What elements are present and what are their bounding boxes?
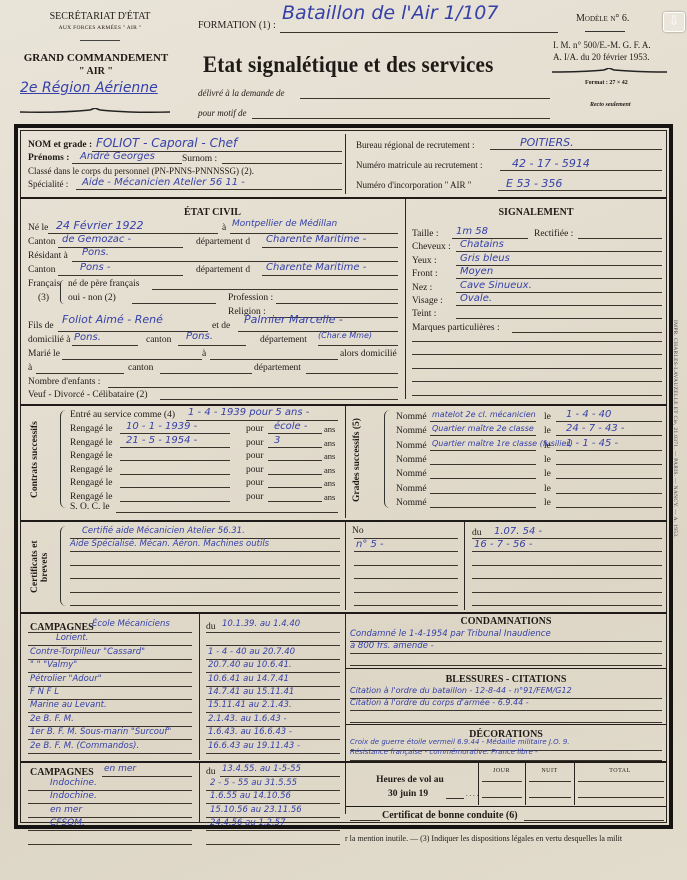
signalement-value: Ovale. [460,293,492,304]
canton2-label: Canton [28,265,55,275]
certificat-field[interactable] [70,551,340,552]
signalement-label: Yeux : [412,256,437,266]
specialite-label: Spécialité : [28,179,68,189]
dept4-label: département [254,363,301,373]
certificat-field[interactable] [70,578,340,579]
nom-value: FOLIOT - Caporal - Chef [96,136,237,150]
section-divider [20,197,667,199]
flourish-ornament [552,68,667,73]
etat-civil-title: ÉTAT CIVIL [20,207,405,218]
domicilie-value: Pons. [74,332,101,343]
signalement-value: Moyen [460,266,493,277]
ne-le-value: 24 Février 1922 [56,219,143,232]
rengage-label: Rengagé le [70,451,112,461]
campagne-period-value: 13.4.55. au 1-5-55 [222,764,301,774]
grade-date-field[interactable] [556,435,662,436]
delivered-field[interactable] [300,98,550,99]
section-divider [20,404,667,406]
campagne-period-field[interactable] [206,844,340,845]
nomme-label: Nommé [396,441,427,451]
ne-le-label: Né le [28,223,48,233]
bureau-value: POITIERS. [520,136,574,149]
incorporation-value: E 53 - 356 [506,177,562,190]
certificat-conduite-label: Certificat de bonne conduite (6) [382,810,518,821]
residant-value: Pons. [82,247,109,258]
rengage-date-field[interactable] [120,447,230,448]
dept-field[interactable] [262,247,398,248]
certificat-field[interactable] [70,592,340,593]
campagne-period-field[interactable] [206,753,340,754]
signalement-value: Chatains [460,239,504,250]
pour-label: pour [246,438,263,448]
canton2-field[interactable] [58,275,183,276]
certificat-du-field[interactable] [472,551,662,552]
campagne-place-field[interactable] [28,753,192,754]
pour-value: 3 [274,435,280,446]
campagne-period-value: 1.6.43. au 16.6.43 - [208,727,292,737]
certificat-no-field[interactable] [354,592,458,593]
text-line-field[interactable] [350,722,662,723]
flourish-ornament [20,108,170,114]
nomme-label: Nommé [396,498,427,508]
divider [345,134,346,194]
prenoms-field[interactable] [72,163,182,164]
grade-date-field[interactable] [556,421,662,422]
campagne-place-value: Marine au Levant. [30,700,107,710]
dept2-field[interactable] [262,275,398,276]
marques-line[interactable] [412,354,662,355]
ans-label: ans [324,438,335,448]
signalement-value: Cave Sinueux. [460,280,532,291]
section-divider [20,612,667,614]
campagne-period-value: 15.10.56 au 23.11.56 [210,805,302,815]
surnom-label: Surnom : [182,154,217,164]
campagne-place-value: Indochine. [50,778,97,788]
le-label: le [544,441,551,451]
signalement-label: Cheveux : [412,242,451,252]
nomme-label: Nommé [396,469,427,479]
conduite-pre-field[interactable] [350,820,380,821]
command-line1: GRAND COMMANDEMENT [16,52,176,64]
matricule-label: Numéro matricule au recrutement : [356,160,482,170]
brace [384,410,390,508]
signalement-label: Front : [412,269,438,279]
model-number: Modèle n° 6. [576,13,629,24]
col-total: TOTAL [574,768,666,774]
jour-field-2[interactable] [482,797,522,798]
marie-label: Marié le [28,349,60,359]
veuf-field[interactable] [160,399,398,400]
veuf-label: Veuf - Divorcé - Célibataire (2) [28,390,148,400]
ans-label: ans [324,424,335,434]
certificat-no-field[interactable] [354,551,458,552]
canton3-label: canton [146,335,171,345]
pere-francais-field[interactable] [152,289,398,290]
campagne-period-value: 1.6.55 au 14.10.56 [210,791,291,801]
section-divider [20,520,667,522]
divider [345,614,346,814]
pour-field[interactable] [268,487,322,488]
pour-field[interactable] [268,447,322,448]
campagne-place-value: CFSOM. [50,818,85,828]
matricule-field[interactable] [500,170,662,171]
nomme-label: Nommé [396,455,427,465]
nomme-label: Nommé [396,412,427,422]
oui-non-field[interactable] [132,303,216,304]
certificat-value: Certifié aide Mécanicien Atelier 56.31. [82,526,245,536]
specialite-value: Aide - Mécanicien Atelier 56 11 - [82,177,245,188]
signalement-field[interactable] [456,305,662,306]
signalement-label: Visage : [412,296,443,306]
pour-field[interactable] [268,460,322,461]
nomme-label: Nommé [396,426,427,436]
total-field-2[interactable] [578,797,664,798]
canton-label: Canton [28,237,55,247]
oui-non-label: oui - non (2) [68,293,116,303]
profession-field[interactable] [276,303,398,304]
rectifiee-field[interactable] [578,238,662,239]
ministry-line1: SECRÉTARIAT D'ÉTAT [30,11,170,22]
certificats-side-label: Certificats et brevets [30,526,54,608]
grade-field[interactable] [430,464,536,465]
nuit-field-2[interactable] [529,797,571,798]
grade-field[interactable] [430,421,536,422]
signalement-label: Nez : [412,283,432,293]
grade-date-field[interactable] [556,464,662,465]
divider [405,199,406,399]
certificat-du-field[interactable] [472,592,662,593]
grade-date-value: 1 - 4 - 40 [566,409,611,420]
certificat-du-value: 1.07. 54 - [494,526,542,537]
campagne-place-field[interactable] [28,830,192,831]
grade-date-field[interactable] [556,493,662,494]
ans-label: ans [324,478,335,488]
section-divider [346,806,666,807]
formation-value: Bataillon de l'Air 1/107 [282,2,499,24]
grade-value: Quartier maître 1re classe (fusilier) [432,439,573,448]
grade-date-value: 1 - 1 - 45 - [566,438,618,449]
campagne-period-value: 16.6.43 au 19.11.43 - [208,741,300,751]
dept3-field[interactable] [318,345,398,346]
text-line-value: Croix de guerre étoile vermeil 6.9.44 - … [350,738,570,746]
dept-value: Charente Maritime - [266,234,366,245]
le-label: le [544,412,551,422]
ministry-line2: AUX FORCES ARMÉES " AIR " [30,25,170,31]
rengage-date-value: 10 - 1 - 1939 - [126,421,197,432]
campagne-period-value: 1 - 4 - 40 au 20.7.40 [208,647,295,657]
certificat-field[interactable] [70,605,340,606]
et-de-value: Palmier Marcelle - [244,313,343,326]
soc-label: S. O. C. le [70,502,110,512]
section-divider [346,668,666,669]
campagne-place-value: F N F L [30,687,59,697]
rengage-date-field[interactable] [120,501,230,502]
command-line2: " AIR " [16,66,176,77]
grade-field[interactable] [430,435,536,436]
a2-field[interactable] [36,373,124,374]
campagne-period-value: 10.6.41 au 14.7.41 [208,674,289,684]
le-label: le [544,498,551,508]
certificat-no-field[interactable] [354,565,458,566]
marie-a-label: à [202,349,206,359]
surnom-field[interactable] [222,163,342,164]
marie-a-field[interactable] [210,359,338,360]
rengage-label: Rengagé le [70,478,112,488]
campagnes2-du-label: du [206,767,216,777]
enfants-label: Nombre d'enfants : [28,377,100,387]
certificat-no-field[interactable] [354,578,458,579]
divider [199,763,200,823]
nom-label: NOM et grade : [28,140,92,150]
campagne-place-value: 2e B. F. M. (Commandos). [30,741,139,751]
prenoms-value: André Georges [80,151,155,162]
download-icon: ⇩ [669,14,680,29]
campagne-place-value: École Mécaniciens [92,619,170,629]
entre-value: 1 - 4 - 1939 pour 5 ans - [188,407,309,418]
rengage-label: Rengagé le [70,424,112,434]
campagne-place-value: Contre-Torpilleur "Cassard" [30,647,145,657]
bureau-label: Bureau régional de recrutement : [356,140,474,150]
text-line-value: Citation à l'ordre du bataillon - 12-8-4… [350,686,572,695]
campagne-place-value: en mer [50,805,82,815]
ans-label: ans [324,465,335,475]
download-button[interactable]: ⇩ [663,12,685,32]
grade-field[interactable] [430,493,536,494]
francais-label: Français [28,279,60,289]
canton-value: de Gemozac - [62,234,131,245]
signalement-field[interactable] [512,332,662,333]
campagne-period-value: 24.4.56 au 1.2.57 [210,818,285,828]
rengage-date-field[interactable] [120,487,230,488]
campagne-place-field[interactable] [28,844,192,845]
campagne-place-value: 1er B. F. M. Sous-marin "Surcouf" [30,727,171,737]
certificat-du-field[interactable] [472,605,662,606]
section-divider [20,761,346,763]
marie-field[interactable] [62,359,202,360]
profession-label: Profession : [228,293,273,303]
reference-line2: A. I/A. du 20 février 1953. [553,52,649,62]
pour-label: pour [246,478,263,488]
footnote: r la mention inutile. — (3) Indiquer les… [345,834,622,843]
campagne-place-value: Pétrolier "Adour" [30,674,102,684]
certificat-du-field[interactable] [472,565,662,566]
certificat-no-value: n° 5 - [356,539,384,550]
du-label: du [472,528,482,538]
pour-field[interactable] [268,474,322,475]
divider [199,614,200,760]
certificat-value: Aide Spécialisé. Mécan. Aéron. Machines … [70,539,269,549]
pour-label: pour [246,451,263,461]
text-line-value: Condamné le 1-4-1954 par Tribunal Inaudi… [350,629,551,639]
pour-field[interactable] [268,501,322,502]
fils-de-value: Foliot Aimé - René [62,313,163,326]
dept2-value: Charente Maritime - [266,262,366,273]
signalement-value: 1m 58 [456,226,488,237]
format-note: Format : 27 × 42 [585,80,628,86]
campagne-place-field[interactable] [102,776,192,777]
contrats-side-label: Contrats successifs [30,410,54,510]
grade-date-field[interactable] [556,450,662,451]
campagne-place-value: Indochine. [50,791,97,801]
text-line-value: à 800 frs. amende - [350,641,434,651]
document-title: Etat signalétique et des services [203,52,494,78]
text-line-field[interactable] [350,710,662,711]
reference-line1: I. M. n° 500/E.-M. G. F. A. [553,40,651,50]
rengage-date-field[interactable] [120,474,230,475]
heures-vol-dots: . . . . [466,790,478,798]
canton3-value: Pons. [186,331,213,342]
grade-value: matelot 2e cl. mécanicien [432,410,536,419]
grade-date-field[interactable] [556,478,662,479]
condamnations-title: CONDAMNATIONS [346,616,666,627]
pere-francais-label: né de père français [68,279,139,289]
printer-imprint: IMPR. CHARLES-LAVAUZELLE ET Cie, 21.0371… [672,320,678,538]
signalement-field[interactable] [456,251,662,252]
divider [345,406,346,518]
marques-line[interactable] [412,341,662,342]
document-page: SECRÉTARIAT D'ÉTAT AUX FORCES ARMÉES " A… [0,0,687,880]
divider [585,31,625,32]
jour-field[interactable] [482,781,522,782]
domicilie-field[interactable] [72,345,138,346]
campagne-period-value: 2 - 5 - 55 au 31.5.55 [210,778,297,788]
canton4-label: canton [128,363,153,373]
incorporation-field[interactable] [498,190,662,191]
a2-label: à [28,363,32,373]
campagne-place-value: 2e B. F. M. [30,714,74,724]
campagne-period-value: 20.7.40 au 10.6.41. [208,660,292,670]
brace [60,410,66,508]
rengage-label: Rengagé le [70,492,112,502]
certificat-conduite-field[interactable] [524,820,664,821]
grade-field[interactable] [430,450,536,451]
campagne-period-field[interactable] [206,632,340,633]
signalement-field[interactable] [456,278,662,279]
le-label: le [544,426,551,436]
rectifiee-label: Rectifiée : [534,229,573,239]
certificat-field[interactable] [70,565,340,566]
dept4-field[interactable] [306,373,398,374]
pour-label: pour [246,492,263,502]
specialite-field[interactable] [76,189,342,190]
signalement-label: Taille : [412,229,439,239]
birthplace-value: Montpellier de Médillan [232,219,337,229]
campagne-period-value: 10.1.39. au 1.4.40 [222,619,300,629]
nuit-field[interactable] [529,781,571,782]
campagnes1-du-label: du [206,622,216,632]
rengage-date-value: 21 - 5 - 1954 - [126,435,197,446]
nomme-label: Nommé [396,484,427,494]
col-jour: JOUR [478,768,525,774]
le-label: le [544,455,551,465]
canton4-field[interactable] [160,373,252,374]
certificat-no-field[interactable] [354,605,458,606]
pour-label: pour [246,424,263,434]
section-divider [346,724,666,725]
le-label: le [544,484,551,494]
classe-label: Classé dans le corps du personnel (PN-PN… [28,166,254,176]
campagne-period-value: 15.11.41 au 2.1.43. [208,700,292,710]
dept3-label: département [260,335,307,345]
text-line-field[interactable] [350,653,662,654]
no-label: No [352,526,364,536]
enfants-field[interactable] [108,387,398,388]
grade-date-value: 24 - 7 - 43 - [566,423,625,434]
matricule-value: 42 - 17 - 5914 [512,157,590,170]
grade-date-field[interactable] [556,507,662,508]
divider [80,40,120,41]
francais-note: (3) [38,293,49,303]
rengage-label: Rengagé le [70,465,112,475]
alors-domicilie-label: alors domicilié [340,349,397,359]
blessures-title: BLESSURES - CITATIONS [346,674,666,685]
signalement-title: SIGNALEMENT [405,207,667,218]
signalement-value: Gris bleus [460,253,510,264]
text-line-field[interactable] [350,665,662,666]
grades-side-label: Grades successifs (5) [352,410,376,510]
heures-vol-year-field[interactable] [446,798,464,799]
incorporation-label: Numéro d'incorporation " AIR " [356,180,471,190]
campagne-period-field[interactable] [206,830,340,831]
section-divider [346,761,666,763]
formation-label: FORMATION (1) : [198,20,276,31]
rengage-label: Rengagé le [70,438,112,448]
signalement-label: Teint : [412,309,436,319]
command-region: 2e Région Aérienne [20,80,170,96]
a-label: à [222,223,226,233]
campagne-place-value: en mer [104,764,136,774]
signalement-field[interactable] [456,318,662,319]
certificat-du-field[interactable] [472,578,662,579]
ans-label: ans [324,451,335,461]
bureau-field[interactable] [490,149,662,150]
dept3-value: (Char.e Mme) [318,331,372,340]
brace [60,526,66,606]
campagne-place-field[interactable] [28,632,192,633]
canton-field[interactable] [58,247,183,248]
marques-line[interactable] [412,381,662,382]
entre-field[interactable] [186,420,338,421]
text-line-value: Citation à l'ordre du corps d'armée - 6.… [350,698,529,707]
delivered-label: délivré à la demande de [198,88,284,98]
heures-vol-label2: 30 juin 19 [388,789,428,799]
campagne-period-value: 14.7.41 au 15.11.41 [208,687,294,697]
heures-vol-label1: Heures de vol au [350,775,470,785]
canton3-field[interactable] [178,345,246,346]
ans-label: ans [324,492,335,502]
entre-label: Entré au service comme (4) [70,410,175,420]
soc-field[interactable] [116,512,338,513]
total-field[interactable] [578,781,664,782]
marques-line[interactable] [412,395,662,396]
recto-note: Recto seulement [590,102,631,108]
col-nuit: NUIT [525,768,574,774]
grade-field[interactable] [430,478,536,479]
dept2-label: département d [196,265,250,275]
motif-field[interactable] [252,118,550,119]
domicilie-label: domicilié à [28,335,70,345]
certificat-du-value: 16 - 7 - 56 - [474,539,533,550]
grade-field[interactable] [430,507,536,508]
motif-label: pour motif de [198,108,247,118]
formation-field[interactable] [280,32,558,33]
marques-line[interactable] [412,368,662,369]
pour-label: pour [246,465,263,475]
rengage-date-field[interactable] [120,460,230,461]
divider [464,522,465,610]
pour-value: école - [274,421,308,432]
brace [60,280,64,304]
